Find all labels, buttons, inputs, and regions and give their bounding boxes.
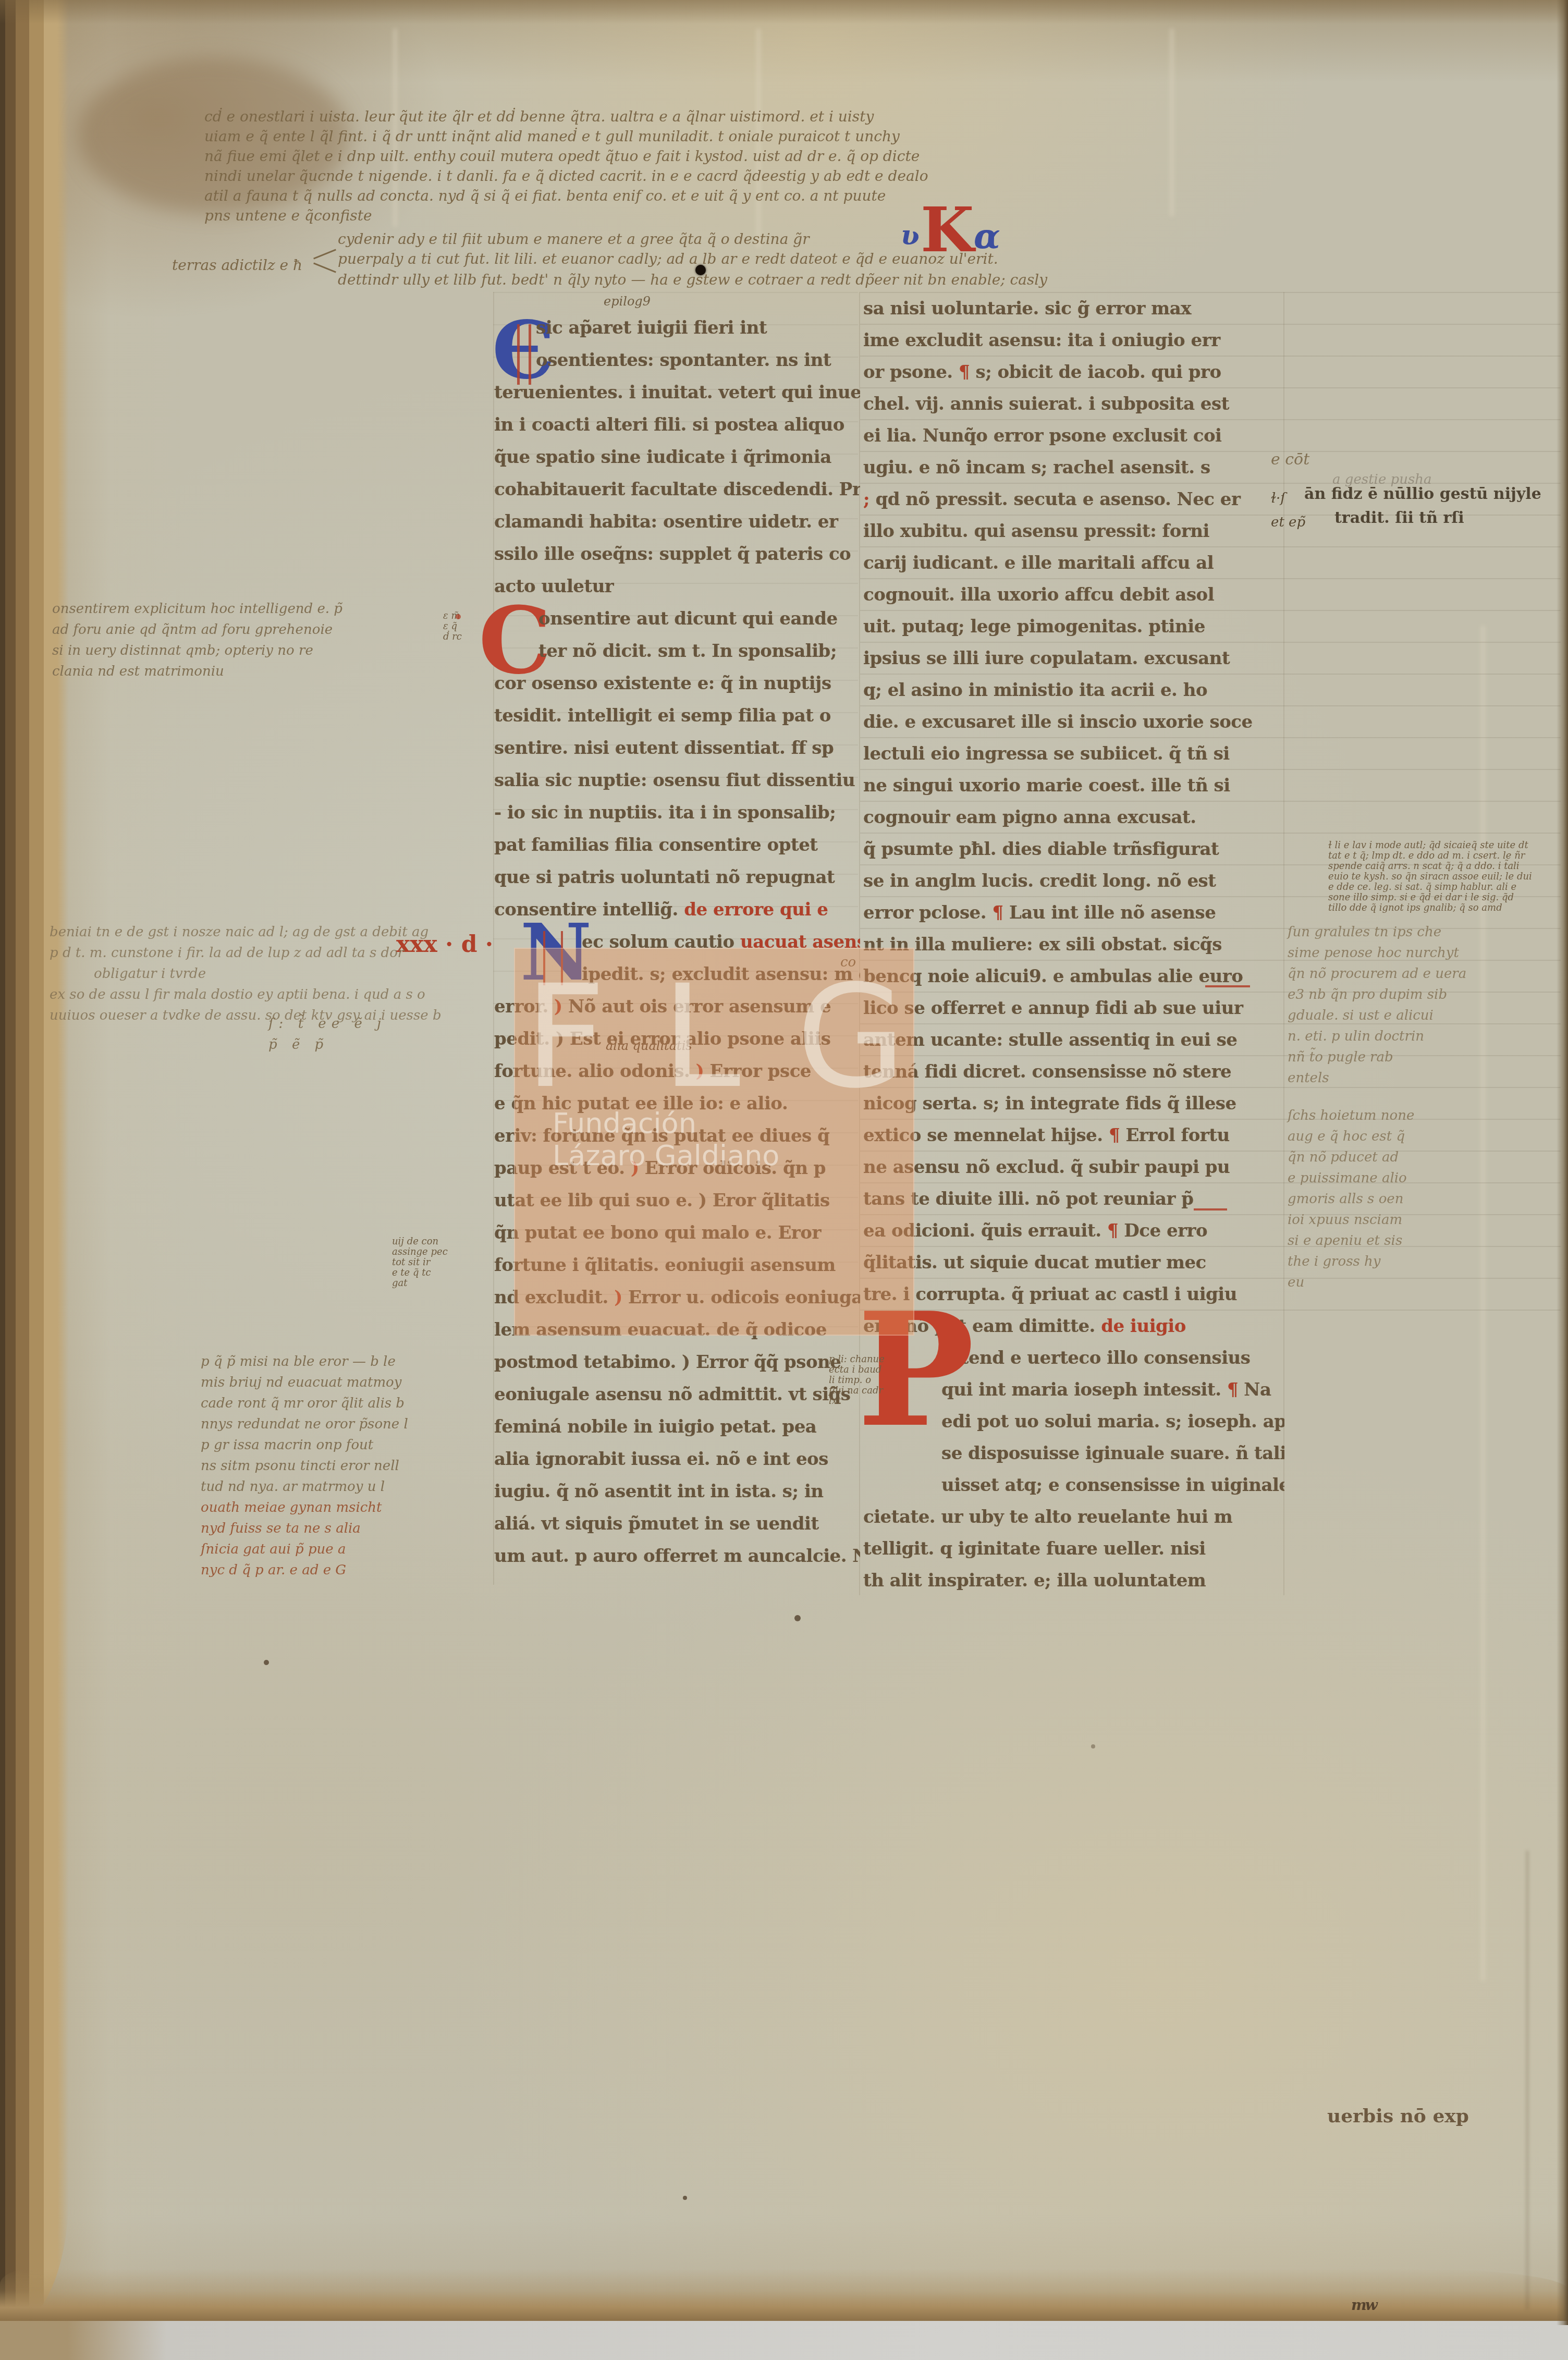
left-margin-gloss-c-1: mis briuj nd euacuat matmoy [201,1372,493,1393]
left-margin-gloss-a: onsentirem explicitum hoc intelligend e.… [52,598,474,682]
text-column-2-39: telligit. q iginitate fuare ueller. nisi [863,1533,1284,1565]
right-margin-gloss-block1-1: tat e t q̃; lmp dt. e ddo ad m. i csert.… [1328,851,1564,861]
crease-light [1170,29,1173,216]
left-margin-gloss-c: p q̃ p̃ misi na ble eror — b lemis briuj… [201,1351,493,1581]
left-margin-gloss-a-2: si in uery distinnat qmb; opteriy no re [52,640,474,661]
speck [794,1615,801,1621]
text-column-1-23: fortune. alio odonis. ) Error psce [494,1055,860,1087]
text-column-1-5: cohabitauerit facultate discedendi. Pre [494,473,860,506]
text-column-2-21: bencq noie alicui9. e ambulas alie euro [863,961,1284,993]
quire-blue-left: ʋ [901,222,920,249]
top-annotation-row2: puerpaly a ti cut fut. lit lili. et euan… [338,249,998,269]
text-column-1-6: clamandi habita: osentire uidetr. er [494,506,860,538]
text-column-1-19: ec solum cautio uacuat asensu; [494,926,860,958]
text-column-2-23: antem ucante: stulle assentiq in eui se [863,1024,1284,1056]
right-margin-note2-lead: et ep̃ [1271,512,1305,533]
text-column-1-4: q̃ue spatio sine iudicate i q̃rimonia [494,441,860,473]
text-column-1-26: paup est t eo. ) Error odicois. q̃n p [494,1152,860,1184]
text-column-2-19: error pclose. ¶ Lau int ille nõ asense [863,897,1284,929]
left-margin-gloss-b-0: beniai tn e de gst i nosze naic ad l; ag… [50,922,425,943]
text-column-2-14: lectuli eio ingressa se subiicet. q̃ tñ … [863,738,1284,770]
text-column-2-7: illo xubitu. qui asensu pressit: forni [863,516,1284,547]
text-column-1-32: postmod tetabimo. ) Error q̃q̃ psone [494,1346,860,1378]
right-margin-gloss-block3: ſchs hoietum noneaug e q̃ hoc est q̃q̃n … [1288,1105,1527,1293]
right-margin-gloss-block3-5: ioi xpuus nsciam [1288,1209,1527,1230]
right-margin-gloss-block1-0: ɫ li e lav i mode autl; q̃d sicaieq̃ ste… [1328,840,1564,851]
left-margin-gloss-a-1: ad foru anie qd q̃ntm ad foru gprehenoie [52,619,474,640]
left-margin-gloss-a-3: clania nd est matrimoniu [52,661,474,682]
text-column-1-37: aliá. vt siquis p̃mutet in se uendit [494,1508,860,1540]
left-margin-symbols-0: ſ: t̃ ee ẽ j [268,1013,435,1034]
right-margin-gloss-block1-4: e dde ce. leg. si sat. q̃ simp hablur. a… [1328,882,1564,892]
text-column-1-15: - io sic in nuptiis. ita i in sponsalib; [494,797,860,829]
text-column-2-26: extico se mennelat hijse. ¶ Errol fortu [863,1120,1284,1152]
right-margin-note2: tradit. ſii tñ rſi [1334,509,1464,528]
text-column-2-13: die. e excusaret ille si inscio uxorie s… [863,706,1284,738]
quire-mark: ʋ K ɑ [901,202,1026,280]
text-column-2-38: cietate. ur uby te alto reuelante hui m [863,1501,1284,1533]
left-margin-gloss-b-3: ex so de assu l fir mala dostio ey aptii… [50,984,425,1005]
speck [1091,1744,1095,1748]
text-column-2-0: sa nisi uoluntarie. sic g̃ error max [863,293,1284,325]
left-margin-gloss-c-2: cade ront q̃ mr oror q̃lit alis b [201,1393,493,1414]
left-margin-gloss-b: beniai tn e de gst i nosze naic ad l; ag… [50,922,425,1026]
text-column-1-3: in i coacti alteri fili. si postea aliqu… [494,409,860,441]
left-margin-small-block-1: assinge pec [392,1247,486,1257]
text-column-2-22: lico se offerret e annup fidi ab sue uiu… [863,993,1284,1024]
right-margin-gloss-block3-2: q̃n nõ pducet ad [1288,1147,1527,1168]
text-column-1-8: acto uuletur [494,570,860,603]
text-column-1-20: ipedit. s; excludit asensu: m e. q̃ [494,958,860,991]
right-margin-gloss-block3-4: gmoris alls s oen [1288,1189,1527,1209]
left-margin-small-block: uij de conassinge pectot sit ire te q̃ t… [392,1237,486,1289]
text-column-1-14: salia sic nuptie: osensu fiut dissentiu [494,764,860,797]
gloss-beside-initial-p-0: p li: chanue [829,1354,912,1365]
text-column-1-33: eoniugale asensu nõ admittit. vt siq̃s [494,1378,860,1411]
top-margin-gloss-3: nindi unelar q̃ucnde t nigende. i t danl… [204,166,866,186]
text-column-2-12: q; el asino in ministio ita acrii e. ho [863,675,1284,706]
text-column-1-7: ssilo ille oseq̃ns: supplet q̃ pateris c… [494,538,860,570]
text-column-1-35: alia ignorabit iussa ei. nõ e int eos [494,1443,860,1475]
text-column-2-6: ; qd nõ pressit. secuta e asenso. Nec er [863,484,1284,516]
quire-blue-right: ɑ [974,219,1000,253]
corner-squiggle-mark: mw [1351,2298,1376,2313]
right-margin-gloss-block2-4: gduale. si ust e alicui [1288,1005,1559,1026]
gloss-beside-initial-p-1: ecta i baud [829,1365,912,1375]
text-column-2-37: uisset atq; e consensisse in uiginale co [863,1470,1284,1501]
text-column-2-8: carij iudicant. e ille maritali affcu al [863,547,1284,579]
right-margin-gloss-block2-2: q̃n nõ procurem ad e uera [1288,963,1559,984]
scan-background [0,2321,1568,2360]
text-column-1-34: feminá nobile in iuigio petat. pea [494,1411,860,1443]
left-margin-gloss-c-9: ſnicia gat aui p̃ pue a [201,1539,493,1560]
left-margin-small-block-4: gat [392,1278,486,1289]
right-margin-gloss-block3-1: aug e q̃ hoc est q̃ [1288,1126,1527,1147]
text-column-1-9: onsentire aut dicunt qui eande [494,603,860,635]
text-column-1-12: tesidit. intelligit ei semp filia pat o [494,700,860,732]
text-column-1-16: pat familias filia consentire optet [494,829,860,861]
text-column-1-10: ter nõ dicit. sm t. In sponsalib; [494,635,860,667]
text-column-1-17: que si patris uoluntati nõ repugnat [494,861,860,894]
red-underline [1205,985,1250,987]
text-column-1-18: consentire intellig̃. de errore qui e [494,894,860,926]
gloss-beside-initial-p: p li: chanueecta i baudli timp. oflui na… [829,1354,912,1407]
top-annotation-label: terras adictilz e ħ [172,255,302,275]
top-margin-gloss: cḋ e onestlari i uista. leur q̃ut ite q̃… [204,107,866,226]
text-column-2-2: or psone. ¶ s; obicit de iacob. qui pro [863,357,1284,388]
text-column-1-25: eriv: fortune q̃n is putat ee diues q̃ [494,1120,860,1152]
interlinear-epilogus: epilog9 [604,296,651,307]
text-column-1-30: nd excludit. ) Error u. odicois eoniuga [494,1281,860,1314]
left-margin-gloss-c-7: ouath meiae gynan msicht [201,1497,493,1518]
text-column-1-13: sentire. nisi eutent dissentiat. ff sp [494,732,860,764]
right-margin-gloss-block1: ɫ li e lav i mode autl; q̃d sicaieq̃ ste… [1328,840,1564,913]
top-margin-gloss-2: nã fiue emi q̃let e i dnp uilt. enthy co… [204,146,866,166]
annotation-brace-stroke [313,249,336,259]
top-margin-gloss-5: pns untene e q̃confiste [204,206,866,226]
text-column-2-29: ea odicioni. q̃uis errauit. ¶ Dce erro [863,1215,1284,1247]
text-column-2-11: ipsius se illi iure copulatam. excusant [863,643,1284,675]
red-underline [1194,1208,1227,1210]
right-margin-gloss-block2-6: nñ t̃o pugle rab [1288,1047,1559,1068]
text-column-2-24: tenná fidi dicret. consensisse nõ stere [863,1056,1284,1088]
right-margin-gloss-block3-6: si e apeniu et sis [1288,1230,1527,1251]
left-margin-small-block-0: uij de con [392,1237,486,1247]
left-margin-small-block-3: e te q̃ tc [392,1268,486,1278]
text-column-2-27: ne asensu nõ exclud. q̃ subir paupi pu [863,1152,1284,1183]
left-margin-gloss-c-10: nyc d q̃ p ar. e ad e G [201,1560,493,1581]
text-column-1-22: pedit. ) Est ei error alio psone aliis [494,1023,860,1055]
left-margin-gloss-b-1: p d t. m. cunstone i fir. la ad de lup z… [50,943,425,963]
intercolumn-mark: co [840,957,856,968]
text-column-1-24: e q̃n hic putat ee ille io: e alio. [494,1087,860,1120]
text-column-1-11: cor osenso existente e: q̃ in nuptijs [494,667,860,700]
page-top-edge [0,0,1568,24]
right-margin-gloss-block2-5: n. eti. p ulin doctrin [1288,1026,1559,1047]
top-margin-gloss-0: cḋ e onestlari i uista. leur q̃ut ite q̃… [204,107,866,127]
top-margin-gloss-1: uiam e q̃ ente l q̃l fint. i q̃ dr untt … [204,127,866,146]
right-margin-gloss-block2: ſun gralules tn ips chesime penose hoc n… [1288,922,1559,1089]
gloss-beside-initial-p-4: lxt [829,1396,912,1407]
text-column-1-1: osentientes: spontanter. ns int [494,344,860,376]
right-margin-gloss-block2-1: sime penose hoc nurchyt [1288,943,1559,963]
right-margin-gloss-block1-6: tillo dde q̃ ignot ips gnalib; q̃ so amd [1328,903,1564,913]
text-column-2-3: chel. vij. annis suierat. i subposita es… [863,388,1284,420]
right-margin-gloss-block3-3: e puissimane alio [1288,1168,1527,1189]
gloss-beside-initial-p-2: li timp. o [829,1375,912,1386]
text-column-2-20: nt in illa muliere: ex sili obstat. sicq… [863,929,1284,961]
text-column-1-27: utat ee lib qui suo e. ) Eror q̃litatis [494,1184,860,1217]
book-gutter-edge [0,0,69,2330]
left-margin-symbols: ſ: t̃ ee ẽ jp̃ ẽ p̃ [268,1013,435,1055]
text-column-1-2: teruenientes. i inuitat. vetert qui inue [494,376,860,409]
right-margin-gloss-block1-2: spende caiq̃ arrs. n scat q̃; q̃ a ddo. … [1328,861,1564,872]
text-column-1-28: q̃n putat ee bono qui malo e. Eror [494,1217,860,1249]
left-margin-gloss-a-0: onsentirem explicitum hoc intelligend e.… [52,598,474,619]
right-margin-gloss-block3-7: the i gross hy [1288,1251,1527,1272]
text-column-2-5: ugiu. e nõ incam s; rachel asensit. s [863,452,1284,484]
left-margin-small-block-2: tot sit ir [392,1257,486,1268]
text-column-1-29: fortune i q̃litatis. eoniugii asensum [494,1249,860,1281]
left-margin-gloss-c-5: ns sitm psonu tincti eror nell [201,1456,493,1476]
left-margin-gloss-b-2: obligatur i tvrde [50,963,425,984]
left-margin-gloss-c-8: nyd fuiss se ta ne s alia [201,1518,493,1539]
manuscript-page-photo: cḋ e onestlari i uista. leur q̃ut ite q̃… [0,0,1568,2360]
right-margin-note1: ān fidz ē nūllio gestū nijyle [1304,485,1541,504]
text-column-1-36: iugiu. q̃ nõ asentit int in ista. s; in [494,1475,860,1508]
text-column-2-1: ime excludit asensu: ita i oniugio err [863,325,1284,357]
text-column-2-10: uit. putaq; lege pimogenitas. ptinie [863,611,1284,643]
text-column-2-16: cognouir eam pigno anna excusat. [863,802,1284,834]
right-margin-gloss-block1-3: euio te kysh. so q̃n siracn assoe euil; … [1328,872,1564,882]
annotation-brace-stroke [313,262,336,273]
text-column-2-15: ne singui uxorio marie coest. ille tñ si [863,770,1284,802]
text-column-2-4: ei lia. Nunq̃o error psone exclusit coi [863,420,1284,452]
left-margin-gloss-c-0: p q̃ p̃ misi na ble eror — b le [201,1351,493,1372]
text-column-1: sic ap̃aret iuigii fieri intosentientes:… [494,312,860,1572]
text-column-2-9: cognouit. illa uxorio affcu debit asol [863,579,1284,611]
speck [683,2196,687,2200]
left-margin-symbols-1: p̃ ẽ p̃ [268,1034,435,1055]
crease-dark [1526,1851,1528,2309]
text-column-2-17: q̃ psumte pħl. dies diable trñsfigurat [863,834,1284,865]
bottom-right-note: uerbis nō exp [1327,2105,1469,2127]
left-margin-gloss-c-3: nnys redundat ne oror p̃sone l [201,1414,493,1435]
left-margin-gloss-c-6: tud nd nya. ar matrmoy u l [201,1476,493,1497]
text-column-1-0: sic ap̃aret iuigii fieri int [494,312,860,344]
text-column-2-40: th alit inspirater. e; illa uoluntatem [863,1565,1284,1597]
text-column-2-30: q̃litatis. ut siquie ducat mutier mec [863,1247,1284,1279]
text-column-1-31: lem asensum euacuat. de q̃ odicoe [494,1314,860,1346]
speck [264,1660,269,1665]
text-column-1-21: error. ) Nõ aut ois error asensum e [494,991,860,1023]
right-margin-gloss-block3-0: ſchs hoietum none [1288,1105,1527,1126]
right-margin-gloss-block2-0: ſun gralules tn ips che [1288,922,1559,943]
right-margin-note1-lead: ɫ·ſ [1271,488,1285,509]
text-column-1-38: um aut. p auro offerret m auncalcie. Nõ … [494,1540,860,1572]
right-margin-gloss-block2-3: e3 nb q̃n pro dupim sib [1288,984,1559,1005]
quire-red-letter: K [921,199,974,261]
top-margin-gloss-4: atil a fauna t q̃ nulls ad concta. nyd q… [204,186,866,206]
right-margin-gloss-block1-5: sone illo simp. si e q̃d ei dar i le sig… [1328,892,1564,903]
text-column-2-18: se in anglm lucis. credit long. nõ est [863,865,1284,897]
right-margin-gloss-block3-8: eu [1288,1272,1527,1293]
left-margin-gloss-c-4: p gr issa macrin onp fout [201,1435,493,1456]
gloss-beside-initial-p-3: flui na cadr [829,1386,912,1396]
right-margin-gloss-block2-7: entels [1288,1068,1559,1089]
right-margin-mark-cot: e cōt [1271,449,1309,470]
text-column-2-25: nicog serta. s; in integrate fids q̃ ill… [863,1088,1284,1120]
top-annotation-row1: cydenir ady e til fiit ubum e manere et … [338,229,810,249]
